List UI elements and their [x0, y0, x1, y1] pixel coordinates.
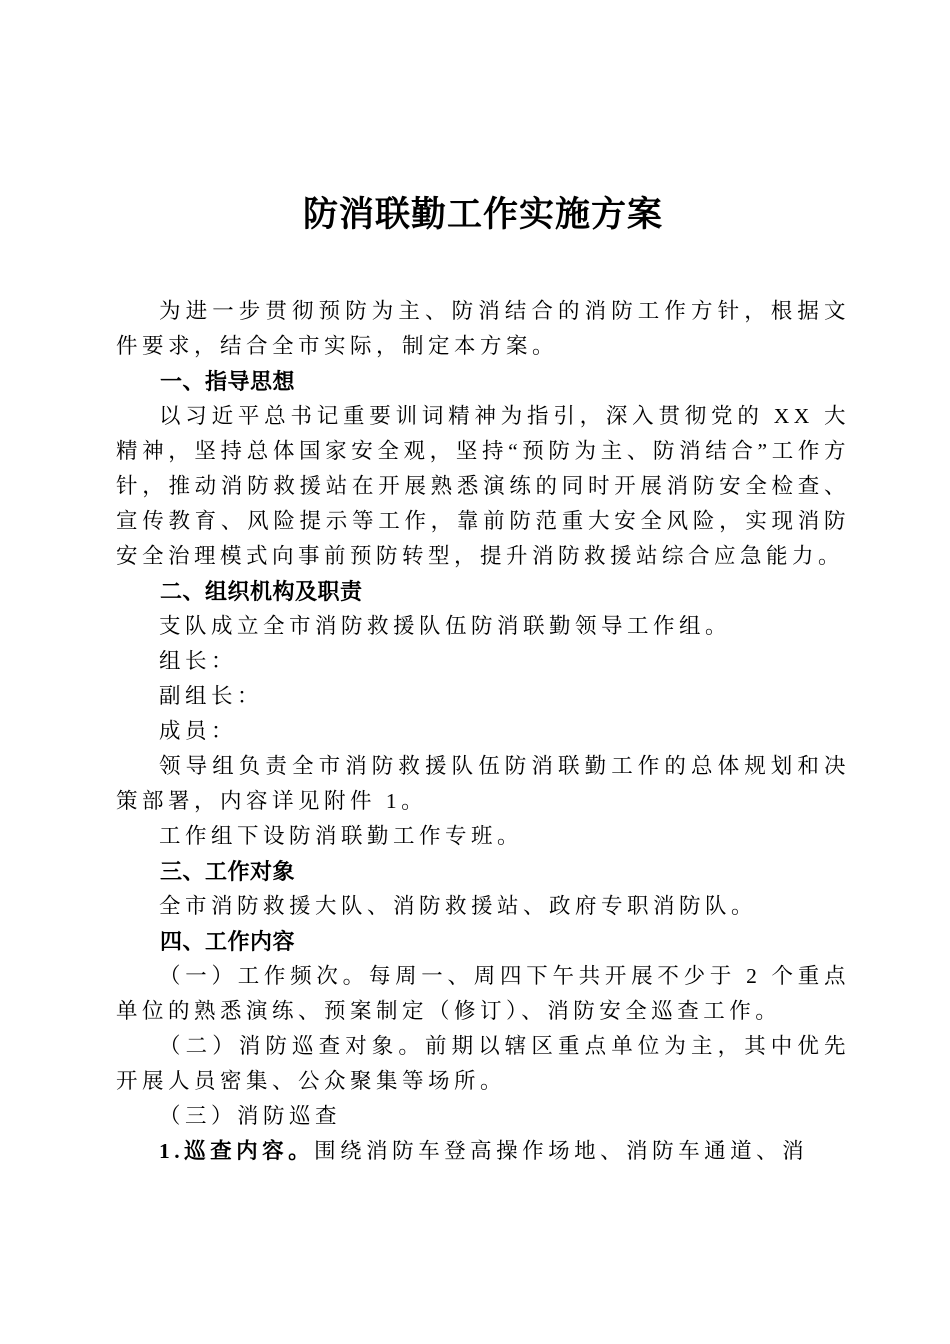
patrol-content-label: 1.巡查内容。: [159, 1139, 314, 1163]
section-heading-organization: 二、组织机构及职责: [116, 574, 850, 609]
paragraph-guiding-ideology: 以习近平总书记重要训词精神为指引，深入贯彻党的 XX 大精神，坚持总体国家安全观…: [116, 399, 850, 574]
paragraph-deputy-leader: 副组长：: [116, 679, 850, 714]
paragraph-work-frequency: （一）工作频次。每周一、周四下午共开展不少于 2 个重点单位的熟悉演练、预案制定…: [116, 959, 850, 1029]
paragraph-group-leader: 组长：: [116, 644, 850, 679]
section-heading-guiding-ideology: 一、指导思想: [116, 364, 850, 399]
section-heading-work-content: 四、工作内容: [116, 924, 850, 959]
paragraph-patrol-content: 1.巡查内容。围绕消防车登高操作场地、消防车通道、消: [116, 1134, 850, 1169]
document-page: 防消联勤工作实施方案 为进一步贯彻预防为主、防消结合的消防工作方针，根据文件要求…: [0, 0, 950, 1344]
document-title: 防消联勤工作实施方案: [116, 192, 850, 238]
paragraph-work-team: 工作组下设防消联勤工作专班。: [116, 819, 850, 854]
paragraph-leading-group-duty: 领导组负责全市消防救援队伍防消联勤工作的总体规划和决策部署，内容详见附件 1。: [116, 749, 850, 819]
paragraph-patrol-targets: （二）消防巡查对象。前期以辖区重点单位为主，其中优先开展人员密集、公众聚集等场所…: [116, 1029, 850, 1099]
section-heading-work-targets: 三、工作对象: [116, 854, 850, 889]
paragraph-preamble: 为进一步贯彻预防为主、防消结合的消防工作方针，根据文件要求，结合全市实际，制定本…: [116, 294, 850, 364]
paragraph-fire-patrol-subheading: （三）消防巡查: [116, 1099, 850, 1134]
patrol-content-text: 围绕消防车登高操作场地、消防车通道、消: [314, 1139, 808, 1163]
paragraph-work-targets: 全市消防救援大队、消防救援站、政府专职消防队。: [116, 889, 850, 924]
paragraph-org-setup: 支队成立全市消防救援队伍防消联勤领导工作组。: [116, 609, 850, 644]
paragraph-members: 成员：: [116, 714, 850, 749]
